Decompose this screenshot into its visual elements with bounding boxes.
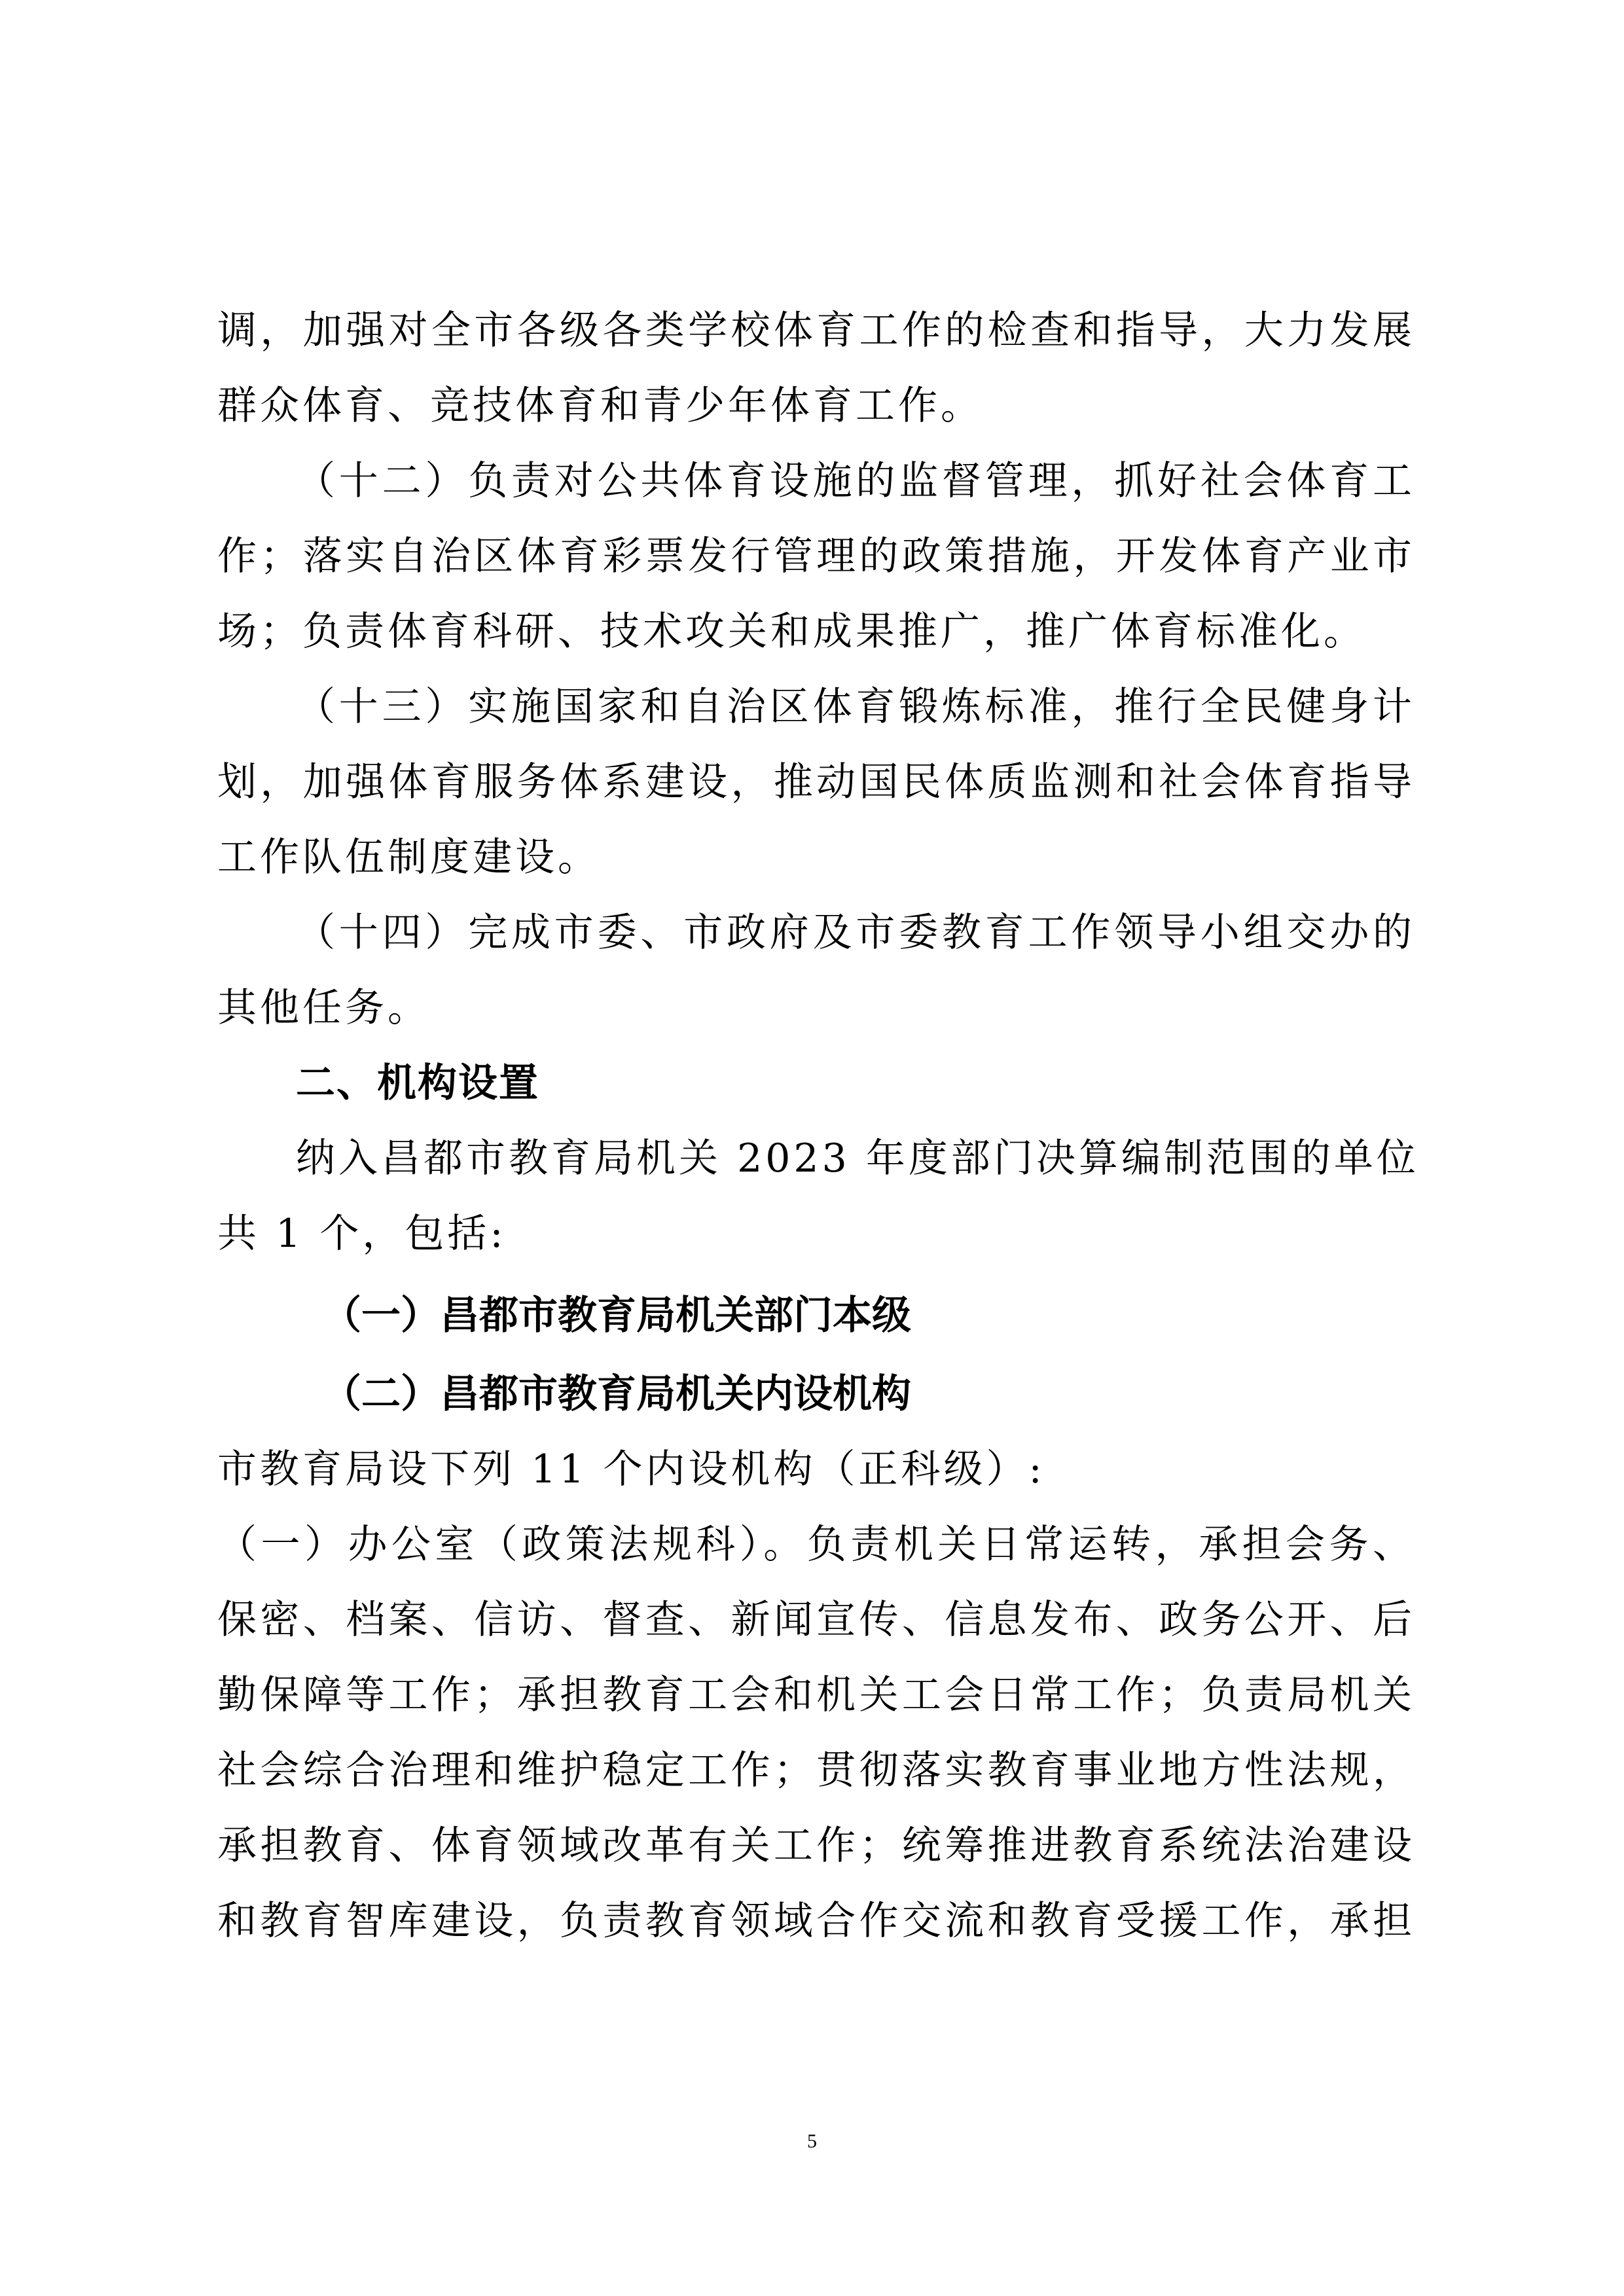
paragraph-line: 作；落实自治区体育彩票发行管理的政策措施，开发体育产业市 (217, 530, 1415, 583)
paragraph-line: （十四）完成市委、市政府及市委教育工作领导小组交办的 (217, 906, 1415, 959)
paragraph-line: 工作队伍制度建设。 (217, 831, 1415, 884)
paragraph-line: 群众体育、竞技体育和青少年体育工作。 (217, 380, 1415, 432)
unit-item: （二）昌都市教育局机关内设机构 (217, 1368, 1415, 1420)
paragraph-line: 其他任务。 (217, 982, 1415, 1034)
paragraph-line: 市教育局设下列 11 个内设机构（正科级）: (217, 1443, 1415, 1496)
paragraph-line: 社会综合治理和维护稳定工作；贯彻落实教育事业地方性法规， (217, 1744, 1415, 1797)
paragraph-line: 划，加强体育服务体系建设，推动国民体质监测和社会体育指导 (217, 756, 1415, 808)
paragraph-line: 场；负责体育科研、技术攻关和成果推广，推广体育标准化。 (217, 605, 1415, 658)
paragraph-line: （十三）实施国家和自治区体育锻炼标准，推行全民健身计 (217, 681, 1415, 733)
paragraph-line: 承担教育、体育领域改革有关工作；统筹推进教育系统法治建设 (217, 1820, 1415, 1872)
paragraph-line: 保密、档案、信访、督查、新闻宣传、信息发布、政务公开、后 (217, 1594, 1415, 1646)
unit-item: （一）昌都市教育局机关部门本级 (217, 1289, 1415, 1342)
paragraph-line: 调，加强对全市各级各类学校体育工作的检查和指导，大力发展 (217, 304, 1415, 357)
paragraph-line: 勤保障等工作；承担教育工会和机关工会日常工作；负责局机关 (217, 1669, 1415, 1721)
paragraph-line: 纳入昌都市教育局机关 2023 年度部门决算编制范围的单位 (217, 1132, 1415, 1185)
paragraph-line: （十二）负责对公共体育设施的监督管理，抓好社会体育工 (217, 455, 1415, 507)
paragraph-line: （一）办公室（政策法规科）。负责机关日常运转，承担会务、 (217, 1518, 1415, 1571)
document-page: 调，加强对全市各级各类学校体育工作的检查和指导，大力发展 群众体育、竞技体育和青… (0, 0, 1624, 2296)
paragraph-line: 和教育智库建设，负责教育领域合作交流和教育受援工作，承担 (217, 1895, 1415, 1947)
page-number: 5 (0, 2130, 1624, 2153)
paragraph-line: 共 1 个，包括: (217, 1208, 1415, 1260)
section-heading: 二、机构设置 (217, 1057, 1415, 1109)
